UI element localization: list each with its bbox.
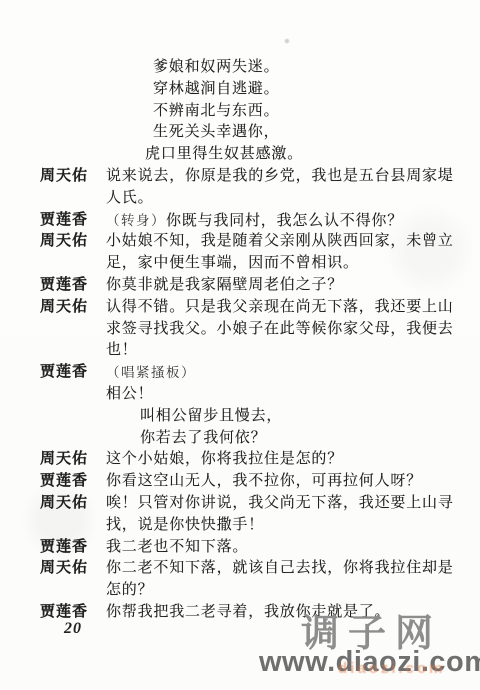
line-content: （唱紧搔板） <box>106 362 196 385</box>
line-text: 足，家中便生事端，因而不曾相识。 <box>106 255 359 271</box>
script-line: 周天佑 认得不错。只是我父亲现在尚无下落，我还要上山 <box>0 297 480 319</box>
line-content: 足，家中便生事端，因而不曾相识。 <box>106 253 359 275</box>
line-text: 爹娘和奴两失迷。 <box>153 59 279 75</box>
line-text: 也！ <box>106 342 138 358</box>
line-content: 说来说去，你原是我的乡党，我也是五台县周家堤 <box>106 166 454 188</box>
script-line: 你若去了我何依？ <box>0 428 480 450</box>
line-content: 你帮我把我二老寻着，我放你走就是了。 <box>106 602 390 624</box>
line-content: 也！ <box>106 340 138 362</box>
script-line: 爹娘和奴两失迷。 <box>0 57 480 79</box>
speaker-name: 周天佑 <box>40 558 88 580</box>
line-text: 不辨南北与东西。 <box>153 103 279 119</box>
line-content: 我二老也不知下落。 <box>106 537 248 559</box>
line-content: 你二老不知下落，就该自己去找，你将我拉住却是 <box>106 558 454 580</box>
script-line: 贾莲香 （转身）你既与我同村，我怎么认不得你？ <box>0 210 480 232</box>
line-content: 找，说是你快快撒手！ <box>106 515 264 537</box>
script-line: 虎口里得生奴甚感激。 <box>0 144 480 166</box>
line-content: 你莫非就是我家隔壁周老伯之子？ <box>106 275 343 297</box>
watermark-site-url: www.diaozi.com <box>259 646 480 679</box>
line-content: 虎口里得生奴甚感激。 <box>145 144 303 166</box>
script-line: 找，说是你快快撒手！ <box>0 515 480 537</box>
line-content: 叫相公留步且慢去， <box>140 406 282 428</box>
script-line: 足，家中便生事端，因而不曾相识。 <box>0 253 480 275</box>
book-page: 爹娘和奴两失迷。 穿林越涧自逃避。 不辨南北与东西。 生死关头幸遇你， 虎口里得… <box>0 0 480 690</box>
line-text: 说来说去，你原是我的乡党，我也是五台县周家堤 <box>106 168 454 184</box>
speaker-name: 周天佑 <box>40 449 88 471</box>
line-content: 唉！只管对你讲说，我父尚无下落，我还要上山寻 <box>106 493 454 515</box>
line-text: 你看这空山无人，我不拉你，可再拉何人呀？ <box>106 473 422 489</box>
line-content: 你看这空山无人，我不拉你，可再拉何人呀？ <box>106 471 422 493</box>
script-line: 周天佑 唉！只管对你讲说，我父尚无下落，我还要上山寻 <box>0 493 480 515</box>
line-text: 认得不错。只是我父亲现在尚无下落，我还要上山 <box>106 299 454 315</box>
script-line: 周天佑 这个小姑娘，你将我拉住是怎的？ <box>0 449 480 471</box>
line-content: 人氏。 <box>106 188 153 210</box>
script-line: 周天佑 小姑娘不知，我是随着父亲刚从陕西回家，未曾立 <box>0 231 480 253</box>
line-text: 我二老也不知下落。 <box>106 539 248 555</box>
stage-direction: （转身） <box>106 213 166 228</box>
script-line: 周天佑 说来说去，你原是我的乡党，我也是五台县周家堤 <box>0 166 480 188</box>
speaker-name: 贾莲香 <box>40 362 88 384</box>
script-line: 贾莲香 你莫非就是我家隔壁周老伯之子？ <box>0 275 480 297</box>
stage-direction: （唱紧搔板） <box>106 365 196 380</box>
line-text: 你莫非就是我家隔壁周老伯之子？ <box>106 277 343 293</box>
line-text: 穿林越涧自逃避。 <box>153 81 279 97</box>
line-text: 这个小姑娘，你将我拉住是怎的？ <box>106 451 343 467</box>
script-line: 求签寻找我父。小娘子在此等候你家父母，我便去 <box>0 319 480 341</box>
script-line: 贾莲香 你看这空山无人，我不拉你，可再拉何人呀？ <box>0 471 480 493</box>
script-line: 贾莲香 我二老也不知下落。 <box>0 537 480 559</box>
line-content: 穿林越涧自逃避。 <box>153 79 279 101</box>
line-text: 虎口里得生奴甚感激。 <box>145 146 303 162</box>
speaker-name: 贾莲香 <box>40 210 88 232</box>
speaker-name: 周天佑 <box>40 231 88 253</box>
line-content: 生死关头幸遇你， <box>153 122 279 144</box>
line-content: 相公！ <box>106 384 153 406</box>
speaker-name: 周天佑 <box>40 493 88 515</box>
line-content: 这个小姑娘，你将我拉住是怎的？ <box>106 449 343 471</box>
script-line: 也！ <box>0 340 480 362</box>
line-text: 叫相公留步且慢去， <box>140 408 282 424</box>
line-text: 你帮我把我二老寻着，我放你走就是了。 <box>106 604 390 620</box>
watermark-echo: diaozi.com <box>338 660 446 677</box>
line-text: 你若去了我何依？ <box>140 430 266 446</box>
line-text: 你既与我同村，我怎么认不得你？ <box>166 213 403 229</box>
line-text: 相公！ <box>106 386 153 402</box>
line-content: 你若去了我何依？ <box>140 428 266 450</box>
page-number: 20 <box>64 620 82 638</box>
line-content: 不辨南北与东西。 <box>153 101 279 123</box>
line-text: 唉！只管对你讲说，我父尚无下落，我还要上山寻 <box>106 495 454 511</box>
line-text: 怎的？ <box>106 582 153 598</box>
script-line: 贾莲香 （唱紧搔板） <box>0 362 480 384</box>
line-text: 人氏。 <box>106 190 153 206</box>
line-content: （转身）你既与我同村，我怎么认不得你？ <box>106 210 403 233</box>
line-content: 小姑娘不知，我是随着父亲刚从陕西回家，未曾立 <box>106 231 454 253</box>
speaker-name: 贾莲香 <box>40 471 88 493</box>
script-line: 穿林越涧自逃避。 <box>0 79 480 101</box>
line-content: 认得不错。只是我父亲现在尚无下落，我还要上山 <box>106 297 454 319</box>
line-text: 小姑娘不知，我是随着父亲刚从陕西回家，未曾立 <box>106 233 454 249</box>
line-content: 怎的？ <box>106 580 153 602</box>
script-line: 周天佑 你二老不知下落，就该自己去找，你将我拉住却是 <box>0 558 480 580</box>
line-text: 求签寻找我父。小娘子在此等候你家父母，我便去 <box>106 321 454 337</box>
speaker-name: 周天佑 <box>40 166 88 188</box>
line-text: 生死关头幸遇你， <box>153 124 279 140</box>
script-line: 叫相公留步且慢去， <box>0 406 480 428</box>
line-content: 爹娘和奴两失迷。 <box>153 57 279 79</box>
line-text: 找，说是你快快撒手！ <box>106 517 264 533</box>
script-line: 相公！ <box>0 384 480 406</box>
script-body: 爹娘和奴两失迷。 穿林越涧自逃避。 不辨南北与东西。 生死关头幸遇你， 虎口里得… <box>0 57 480 624</box>
script-line: 不辨南北与东西。 <box>0 101 480 123</box>
line-text: 你二老不知下落，就该自己去找，你将我拉住却是 <box>106 560 454 576</box>
speaker-name: 周天佑 <box>40 297 88 319</box>
speaker-name: 贾莲香 <box>40 537 88 559</box>
line-content: 求签寻找我父。小娘子在此等候你家父母，我便去 <box>106 319 454 341</box>
script-line: 怎的？ <box>0 580 480 602</box>
script-line: 生死关头幸遇你， <box>0 122 480 144</box>
speaker-name: 贾莲香 <box>40 275 88 297</box>
script-line: 人氏。 <box>0 188 480 210</box>
